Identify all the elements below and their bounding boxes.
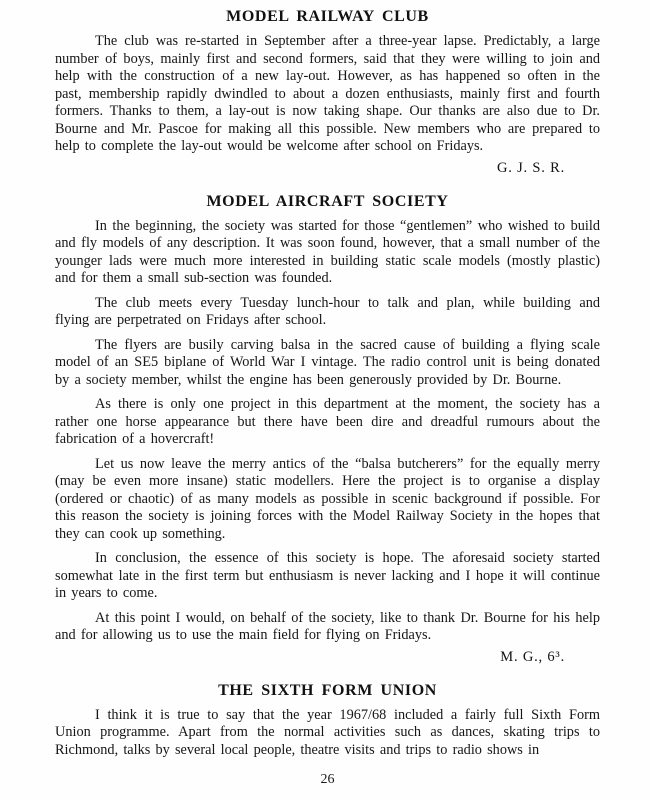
paragraph: As there is only one project in this dep… (55, 396, 600, 449)
paragraph: At this point I would, on behalf of the … (55, 610, 600, 645)
signature-gjsr: G. J. S. R. (55, 160, 565, 177)
signature-mg: M. G., 6³. (55, 649, 565, 666)
paragraph: The club was re-started in September aft… (55, 33, 600, 156)
section-title-model-railway-club: MODEL RAILWAY CLUB (55, 8, 600, 26)
paragraph: In the beginning, the society was starte… (55, 218, 600, 288)
section-title-sixth-form-union: THE SIXTH FORM UNION (55, 682, 600, 700)
section-model-aircraft-society: MODEL AIRCRAFT SOCIETY In the beginning,… (55, 179, 600, 668)
section-title-model-aircraft-society: MODEL AIRCRAFT SOCIETY (55, 193, 600, 211)
paragraph: The club meets every Tuesday lunch-hour … (55, 295, 600, 330)
paragraph: The flyers are busily carving balsa in t… (55, 337, 600, 390)
section-sixth-form-union: THE SIXTH FORM UNION I think it is true … (55, 668, 600, 760)
paragraph: In conclusion, the essence of this socie… (55, 550, 600, 603)
section-model-railway-club: MODEL RAILWAY CLUB The club was re-start… (55, 6, 600, 179)
paragraph: I think it is true to say that the year … (55, 707, 600, 760)
page-number: 26 (55, 772, 600, 792)
magazine-page: MODEL RAILWAY CLUB The club was re-start… (0, 0, 650, 800)
paragraph: Let us now leave the merry antics of the… (55, 456, 600, 544)
